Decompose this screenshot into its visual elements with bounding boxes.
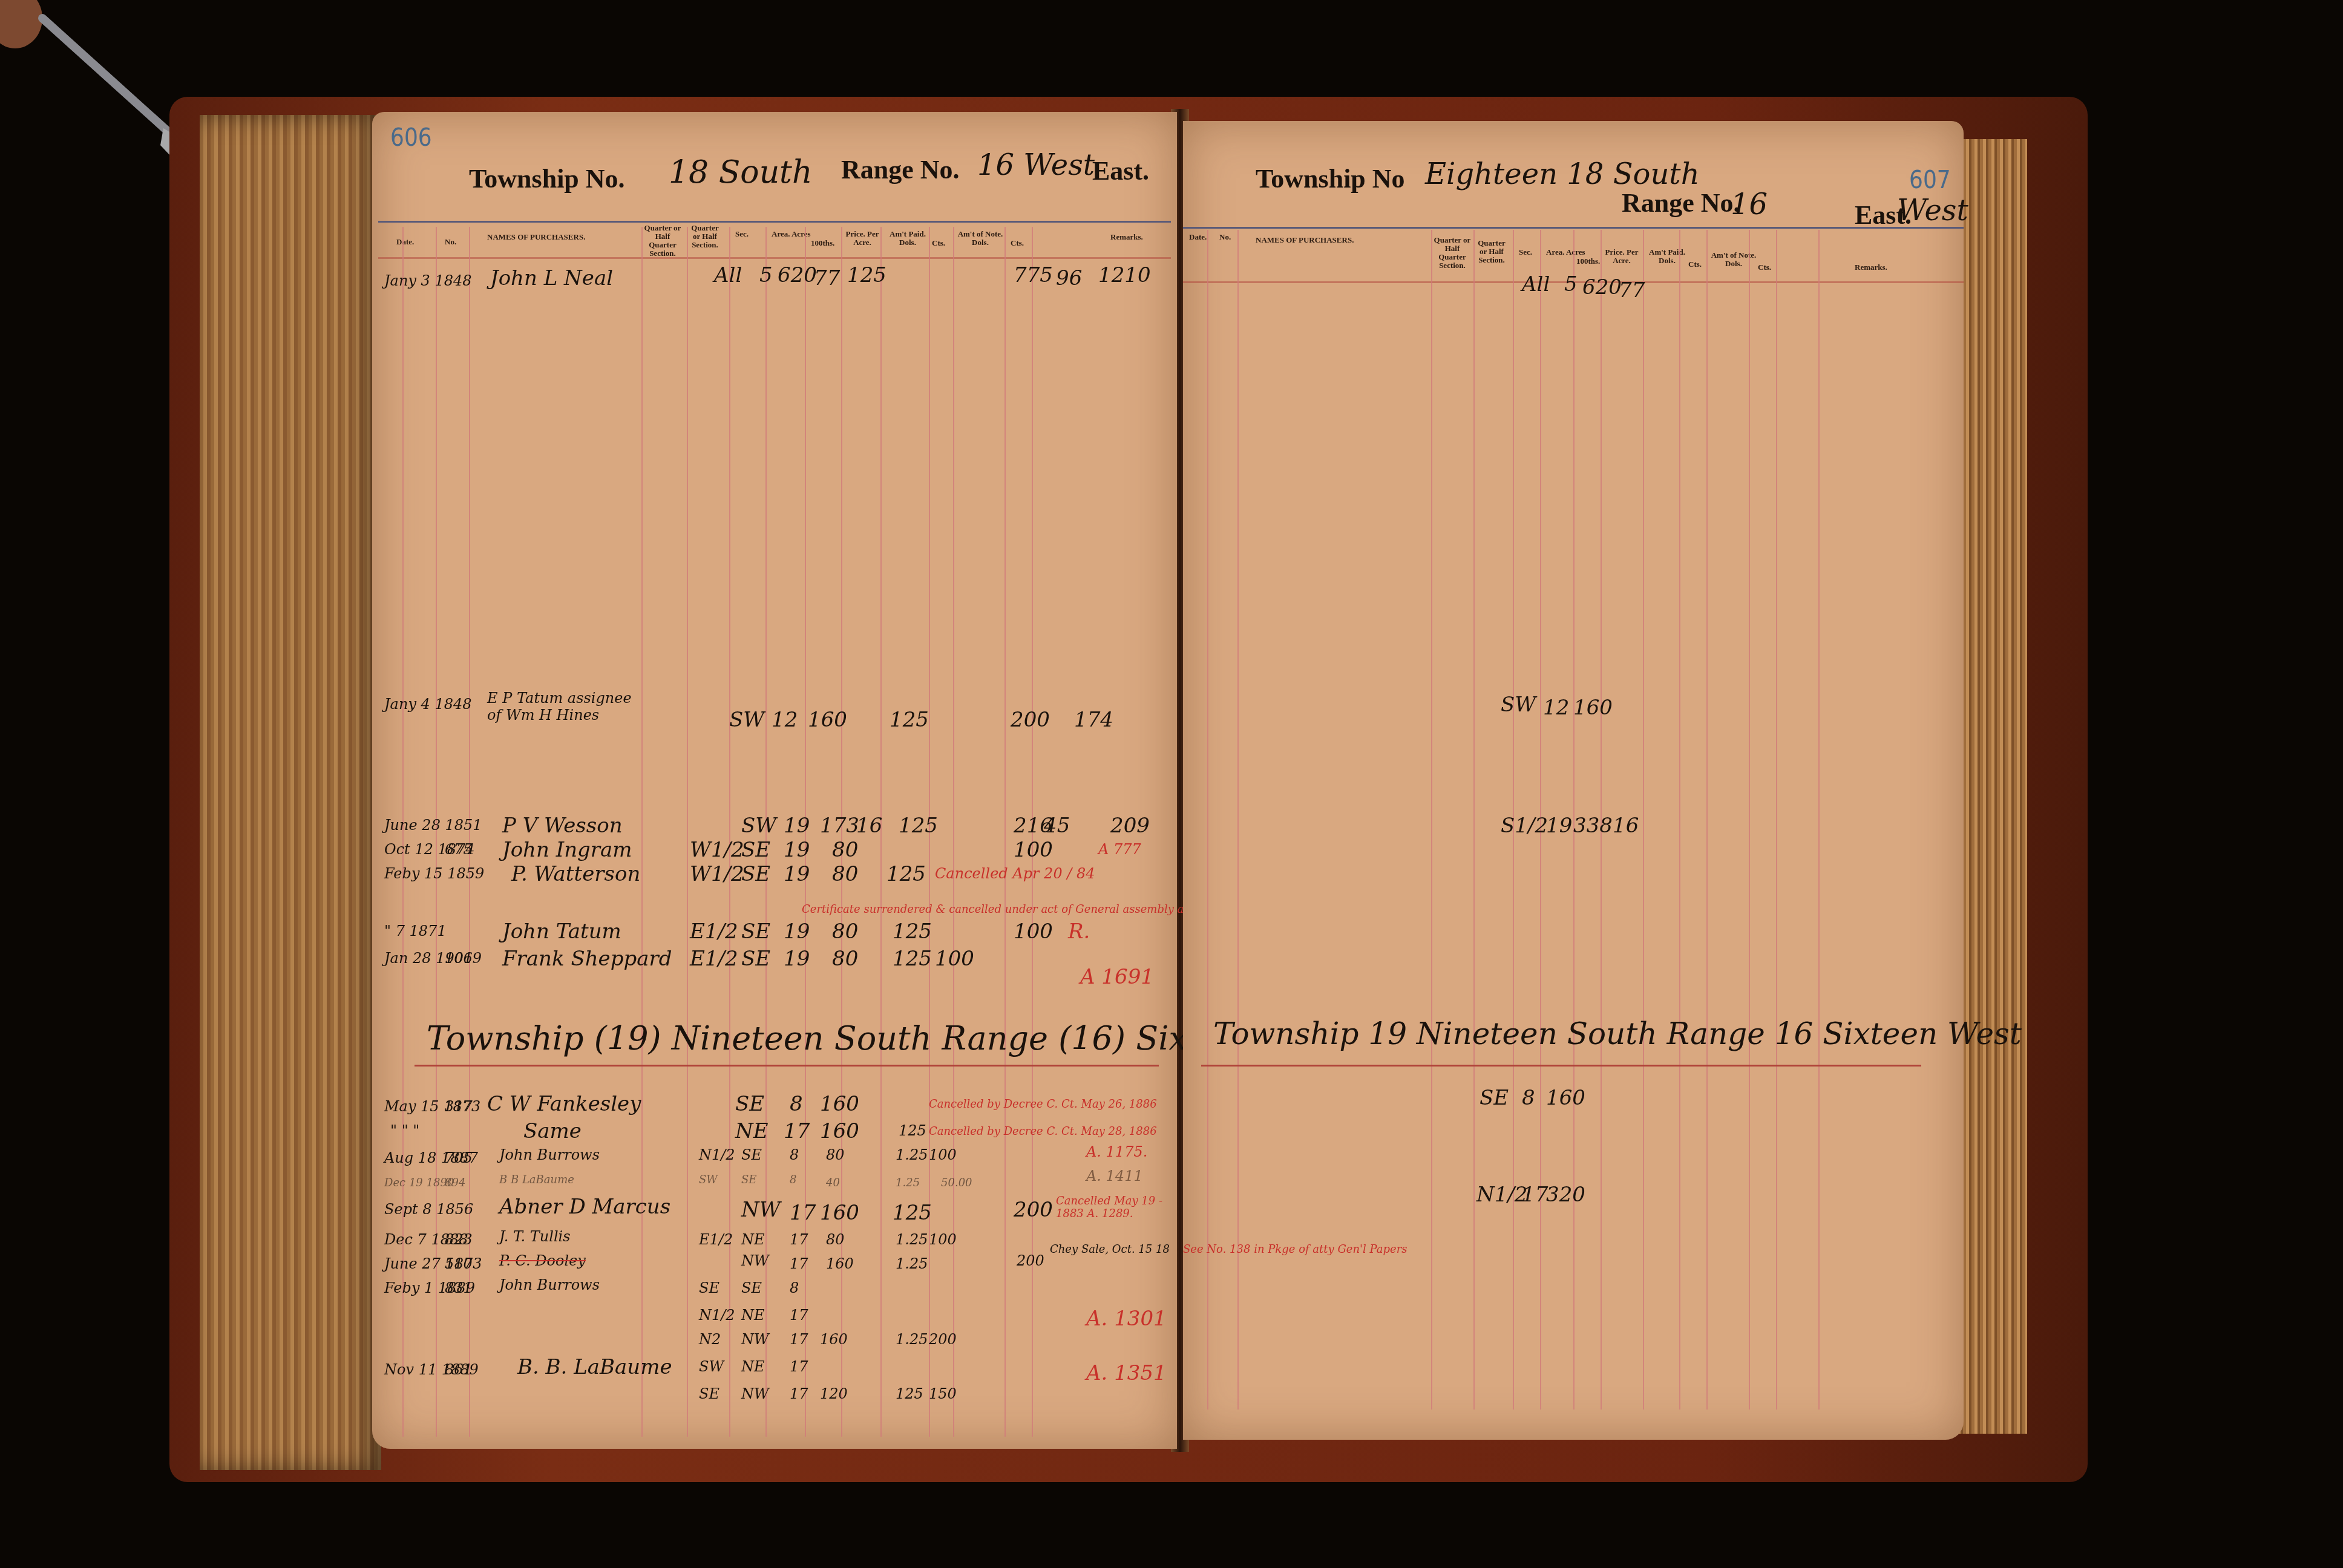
left-page: 606 Township No. 18 South Range No. 16 W… <box>372 112 1177 1449</box>
col-price: Price. Per Acre. <box>844 230 880 247</box>
col-hundredths: 100ths. <box>1576 257 1600 266</box>
header-rule <box>1183 227 1964 229</box>
col-remarks: Remarks. <box>1855 263 1887 272</box>
township-value: 18 South <box>669 154 813 191</box>
col-paid-cts: Cts. <box>932 239 945 247</box>
col-names: NAMES OF PURCHASERS. <box>1256 236 1354 244</box>
right-page: 607 Township No Eighteen 18 South Range … <box>1183 121 1964 1440</box>
range-label: Range No. <box>1622 188 1740 218</box>
page-block-right <box>1955 139 2027 1434</box>
subheading-underline <box>1201 1065 1921 1067</box>
col-qh: Quarter or Half Section. <box>1473 239 1510 264</box>
col-qhq: Quarter or Half Quarter Section. <box>1431 236 1473 270</box>
col-sec: Sec. <box>735 230 749 238</box>
page-number: 606 <box>390 124 432 152</box>
range-value: 16 <box>1731 188 1768 221</box>
col-no: No. <box>1219 233 1231 241</box>
direction-value: West <box>1897 194 1968 227</box>
col-no: No. <box>445 238 456 246</box>
col-qhq: Quarter or Half Quarter Section. <box>641 224 684 258</box>
col-hundredths: 100ths. <box>811 239 834 247</box>
township-value: Eighteen 18 South <box>1425 157 1700 191</box>
col-note: Am't of Note. Dols. <box>953 230 1008 247</box>
col-date: Date. <box>1189 233 1207 241</box>
col-note-cts: Cts. <box>1758 263 1771 272</box>
col-qh: Quarter or Half Section. <box>687 224 723 249</box>
cross-page-annotation: See No. 138 in Pkge of atty Gen'l Papers <box>1183 1243 1407 1256</box>
col-paid-cts: Cts. <box>1688 260 1702 269</box>
col-date: Date. <box>396 238 414 246</box>
col-acres: Area. Acres <box>1546 248 1585 256</box>
page-block-left <box>200 115 381 1470</box>
subheading-underline <box>415 1065 1159 1067</box>
direction-label: East. <box>1092 155 1149 186</box>
township-19-subheading: Township 19 Nineteen South Range 16 Sixt… <box>1213 1016 2022 1051</box>
page-number: 607 <box>1909 166 1951 194</box>
township-label: Township No. <box>469 163 625 194</box>
col-paid: Am't Paid. Dols. <box>883 230 932 247</box>
col-sec: Sec. <box>1519 248 1532 256</box>
township-label: Township No <box>1256 163 1405 194</box>
col-note-cts: Cts. <box>1011 239 1024 247</box>
col-price: Price. Per Acre. <box>1604 248 1640 265</box>
col-paid: Am't Paid. Dols. <box>1643 248 1691 265</box>
col-names: NAMES OF PURCHASERS. <box>487 233 585 241</box>
header-bottom-rule <box>378 257 1171 259</box>
header-rule <box>378 221 1171 223</box>
col-note: Am't of Note. Dols. <box>1706 251 1761 268</box>
col-remarks: Remarks. <box>1110 233 1143 241</box>
range-label: Range No. <box>841 154 960 185</box>
range-value: 16 West <box>977 148 1095 182</box>
